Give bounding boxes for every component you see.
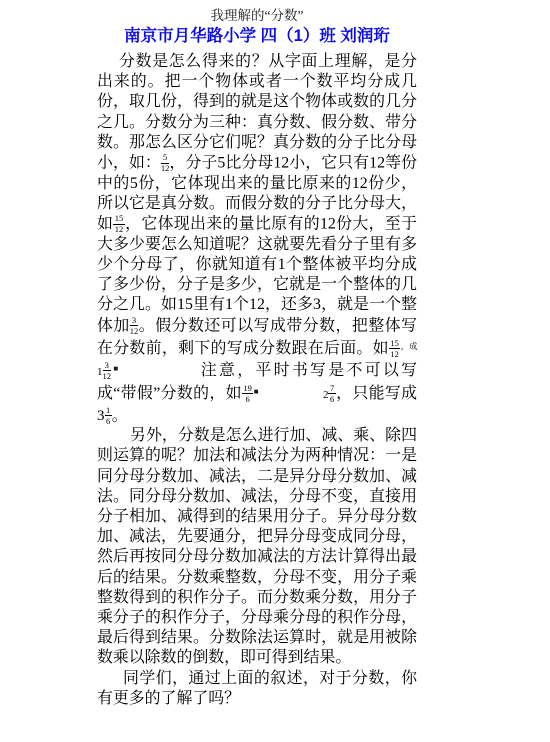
paragraph-closing: 同学们，通过上面的叙述，对于分数，你有更多的了解了吗？ [97,669,417,709]
mixed-number-1-3-12: 1312 [97,362,111,379]
fraction-15-12: 1512 [389,339,401,359]
body-text: 另外，分数是怎么进行加、减、乘、除四则运算的呢？加法和减法分为两种情况：一是同分… [97,427,417,666]
fraction-15-12: 1512 [113,214,125,234]
paragraph-operations: 另外，分数是怎么进行加、减、乘、除四则运算的呢？加法和减法分为两种情况：一是同分… [97,426,417,668]
document-page: 我理解的“分数” 南京市月华路小学 四（1）班 刘润珩 分数是怎么得来的？从字面… [0,0,550,742]
fraction-numerator: 3 [103,361,112,372]
body-text: ，只能写成 [336,385,417,402]
garbled-glyph: ■ [111,364,120,373]
body-text: 。假分数还可以写成带分数，把整体写在分数前，剩下的写成分数跟在后面。如 [97,317,417,357]
fraction-numerator: 7 [328,384,335,395]
fraction-7-6: 76 [328,384,335,404]
author-byline: 南京市月华路小学 四（1）班 刘润珩 [97,26,417,47]
mixed-whole: 3 [97,408,105,424]
fraction-3-12: 312 [103,361,112,381]
fraction-numerator: 1 [105,406,112,417]
fraction-numerator: 15 [389,339,401,350]
garbled-small-text: ，成 [400,341,417,351]
mixed-number-2-7-6: 276 [323,385,336,402]
fraction-numerator: 15 [113,214,125,225]
document-title: 我理解的“分数” [97,6,417,25]
fraction-19-6: 196 [242,384,254,404]
fraction-denominator: 6 [242,394,254,403]
fraction-denominator: 12 [103,371,112,380]
fraction-denominator: 6 [105,416,112,425]
mixed-number-3-1-6: 316 [97,407,112,424]
fraction-denominator: 6 [328,394,335,403]
body-text: 同学们，通过上面的叙述，对于分数，你有更多的了解了吗？ [97,670,417,707]
fraction-denominator: 12 [389,349,401,358]
fraction-numerator: 19 [242,384,254,395]
document-content: 我理解的“分数” 南京市月华路小学 四（1）班 刘润珩 分数是怎么得来的？从字面… [97,6,417,709]
garbled-glyph: ■ [253,387,259,396]
document-body: 分数是怎么得来的？从字面上理解，是分出来的。把一个物体或者一个数平均分成几份，取… [97,52,417,709]
body-text: 。 [112,407,128,424]
paragraph-fraction-intro: 分数是怎么得来的？从字面上理解，是分出来的。把一个物体或者一个数平均分成几份，取… [97,52,417,426]
fraction-1-6: 16 [105,406,112,426]
fraction-denominator: 12 [113,225,125,234]
